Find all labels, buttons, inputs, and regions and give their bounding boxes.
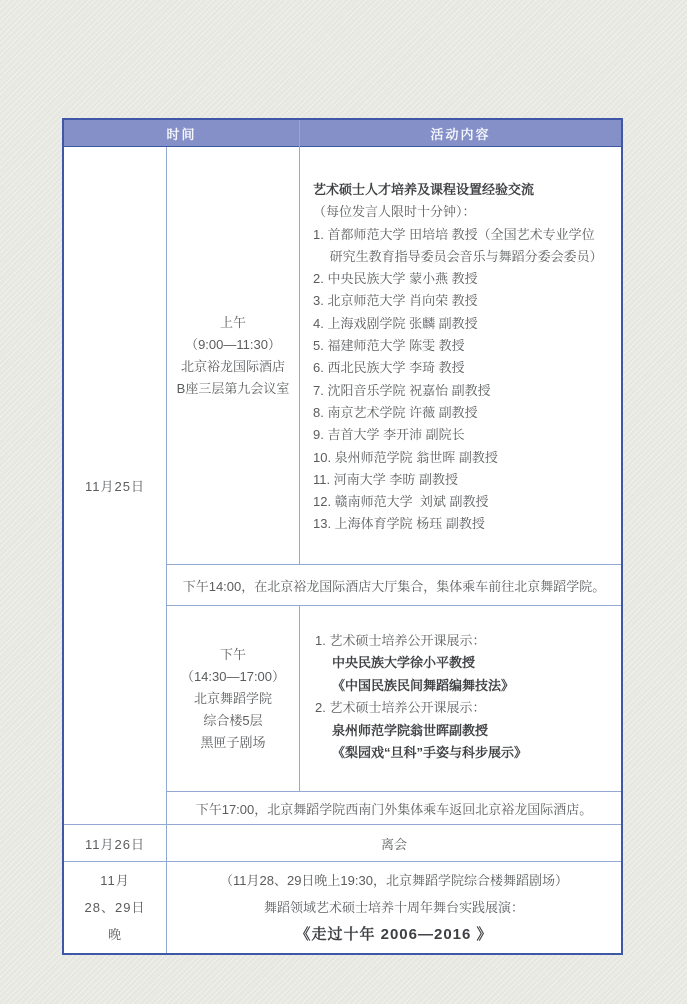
date-line: 晚 — [108, 921, 122, 948]
date-cell-nov28-29: 11月 28、29日 晚 — [64, 862, 166, 953]
speaker-line: 6. 西北民族大学 李琦 教授 — [313, 357, 617, 379]
openclass-presenter: 泉州师范学院翁世晖副教授 — [315, 720, 617, 742]
column-header-content: 活动内容 — [300, 120, 621, 146]
date-line: 11月 — [100, 867, 130, 894]
afternoon-time-line: 北京舞蹈学院 — [194, 688, 272, 710]
afternoon-time-line: 综合楼5层 — [203, 710, 262, 732]
speaker-line: 8. 南京艺术学院 许薇 副教授 — [313, 402, 617, 424]
afternoon-agenda-cell: 1. 艺术硕士培养公开课展示： 中央民族大学徐小平教授 《中国民族民间舞蹈编舞技… — [300, 606, 621, 791]
date-line: 28、29日 — [85, 894, 146, 921]
agenda-note: （每位发言人限时十分钟）： — [313, 201, 617, 223]
performance-title: 《走过十年 2006—2016 》 — [295, 921, 492, 948]
afternoon-time-line: 下午 — [220, 644, 246, 666]
speaker-line: 1. 首都师范大学 田培培 教授（全国艺术专业学位 — [313, 224, 617, 246]
speaker-line: 研究生教育指导委员会音乐与舞蹈分委会委员） — [313, 246, 617, 268]
speaker-line: 12. 赣南师范大学 刘斌 副教授 — [313, 491, 617, 513]
speaker-line: 2. 中央民族大学 蒙小燕 教授 — [313, 268, 617, 290]
agenda-title: 艺术硕士人才培养及课程设置经验交流 — [313, 179, 617, 201]
openclass-lead: 2. 艺术硕士培养公开课展示： — [315, 697, 617, 719]
openclass-title: 《梨园戏“旦科”手姿与科步展示》 — [315, 742, 617, 764]
transfer-to-note: 下午14:00，在北京裕龙国际酒店大厅集合，集体乘车前往北京舞蹈学院。 — [167, 565, 621, 605]
speaker-line: 9. 吉首大学 李开沛 副院长 — [313, 424, 617, 446]
openclass-lead: 1. 艺术硕士培养公开课展示： — [315, 630, 617, 652]
morning-time-line: 北京裕龙国际酒店 — [181, 356, 285, 378]
morning-time-line: 上午 — [220, 312, 246, 334]
openclass-presenter: 中央民族大学徐小平教授 — [315, 652, 617, 674]
afternoon-time-line: （14:30—17:00） — [181, 666, 285, 688]
speaker-line: 5. 福建师范大学 陈雯 教授 — [313, 335, 617, 357]
morning-time-line: （9:00—11:30） — [185, 334, 281, 356]
transfer-back-note: 下午17:00，北京舞蹈学院西南门外集体乘车返回北京裕龙国际酒店。 — [167, 792, 621, 824]
leave-cell: 离会 — [167, 825, 621, 861]
speaker-line: 7. 沈阳音乐学院 祝嘉怡 副教授 — [313, 380, 617, 402]
morning-time-line: B座三层第九会议室 — [177, 378, 290, 400]
column-header-time: 时间 — [64, 120, 299, 146]
performance-venue: （11月28、29日晚上19:30，北京舞蹈学院综合楼舞蹈剧场） — [220, 867, 568, 894]
speaker-line: 13. 上海体育学院 杨珏 副教授 — [313, 513, 617, 535]
speaker-line: 10. 泉州师范学院 翁世晖 副教授 — [313, 447, 617, 469]
performance-cell: （11月28、29日晚上19:30，北京舞蹈学院综合楼舞蹈剧场） 舞蹈领域艺术硕… — [167, 862, 621, 953]
speaker-line: 3. 北京师范大学 肖向荣 教授 — [313, 290, 617, 312]
morning-agenda-cell: 艺术硕士人才培养及课程设置经验交流 （每位发言人限时十分钟）： 1. 首都师范大… — [300, 147, 621, 564]
afternoon-time-line: 黑匣子剧场 — [200, 732, 265, 754]
schedule-table: 时间 活动内容 11月25日 上午 （9:00—11:30） 北京裕龙国际酒店 … — [62, 118, 623, 955]
date-cell-nov26: 11月26日 — [64, 825, 166, 861]
date-cell-nov25: 11月25日 — [64, 147, 166, 824]
performance-event: 舞蹈领域艺术硕士培养十周年舞台实践展演： — [264, 894, 524, 921]
morning-time-cell: 上午 （9:00—11:30） 北京裕龙国际酒店 B座三层第九会议室 — [167, 147, 299, 564]
openclass-title: 《中国民族民间舞蹈编舞技法》 — [315, 675, 617, 697]
document-page: 时间 活动内容 11月25日 上午 （9:00—11:30） 北京裕龙国际酒店 … — [0, 0, 687, 1004]
speaker-line: 11. 河南大学 李昉 副教授 — [313, 469, 617, 491]
speaker-line: 4. 上海戏剧学院 张麟 副教授 — [313, 313, 617, 335]
afternoon-time-cell: 下午 （14:30—17:00） 北京舞蹈学院 综合楼5层 黑匣子剧场 — [167, 606, 299, 791]
